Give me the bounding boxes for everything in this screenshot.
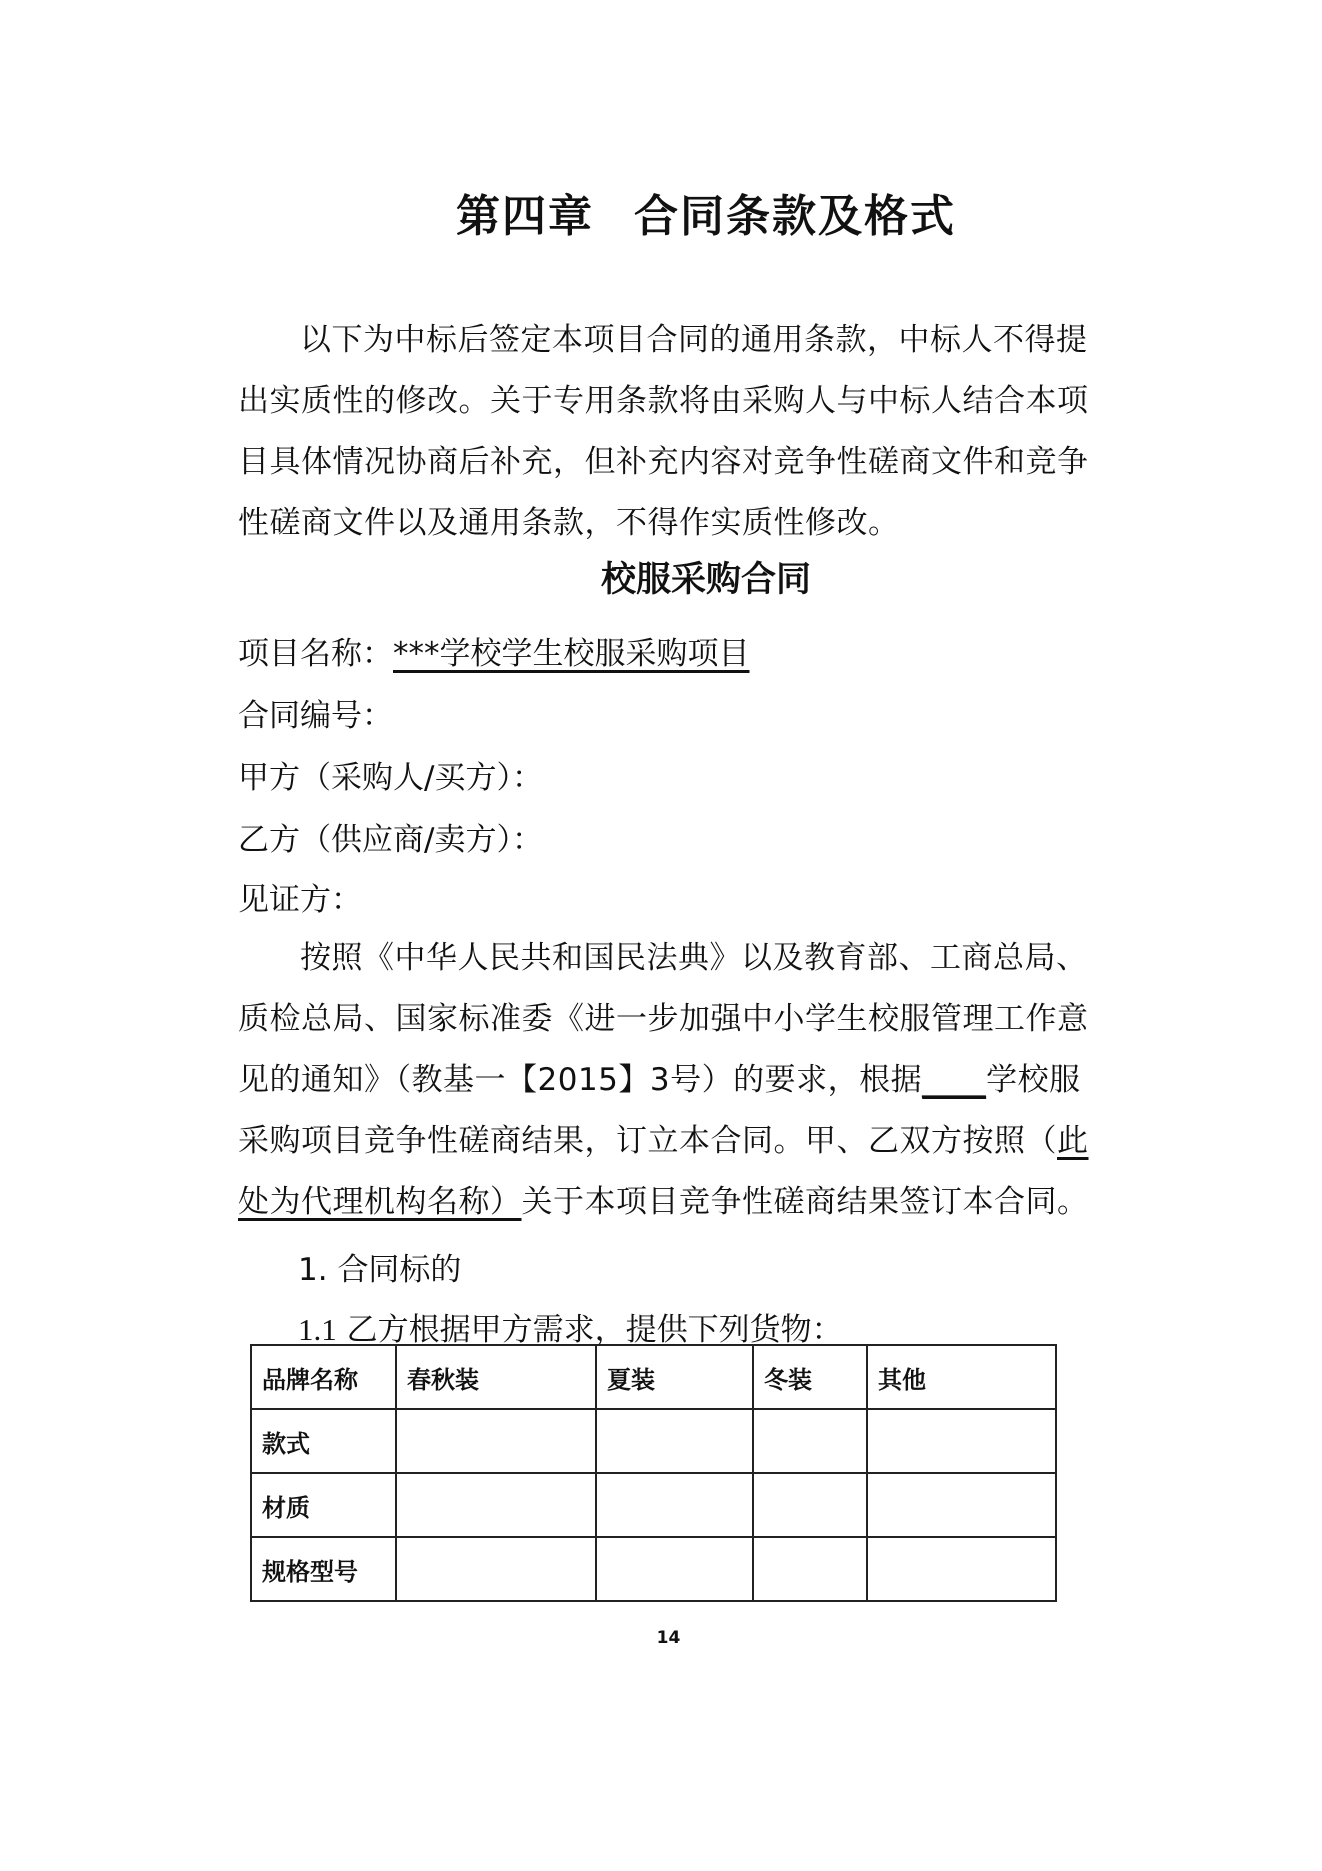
table-header-cell: 其他 (867, 1345, 1056, 1409)
field-party-b: 乙方（供应商/卖方）： (238, 814, 543, 859)
section-title: 乙方根据甲方需求，提供下列货物： (347, 1312, 843, 1348)
intro-paragraph: 以下为中标后签定本项目合同的通用条款，中标人不得提出实质性的修改。关于专用条款将… (238, 310, 1110, 554)
table-header-cell: 春秋装 (396, 1345, 596, 1409)
table-row: 规格型号 (251, 1537, 1056, 1601)
section-1-1-heading: 1.1 乙方根据甲方需求，提供下列货物： (298, 1304, 843, 1349)
row-label: 款式 (251, 1409, 396, 1473)
project-name-value: ***学校学生校服采购项目 (393, 636, 750, 672)
table-cell (396, 1409, 596, 1473)
table-cell (753, 1537, 867, 1601)
table-header-cell: 冬装 (753, 1345, 867, 1409)
table-cell (753, 1473, 867, 1537)
goods-table: 品牌名称 春秋装 夏装 冬装 其他 款式 材质 规格型号 (250, 1344, 1057, 1602)
table-cell (596, 1537, 753, 1601)
section-number: 1.1 (298, 1312, 337, 1347)
table-cell (867, 1409, 1056, 1473)
table-cell (596, 1409, 753, 1473)
row-label: 材质 (251, 1473, 396, 1537)
table-cell (867, 1473, 1056, 1537)
table-header-cell: 品牌名称 (251, 1345, 396, 1409)
field-project-name: 项目名称：***学校学生校服采购项目 (238, 628, 750, 673)
table-cell (396, 1537, 596, 1601)
field-label: 项目名称： (238, 636, 393, 672)
table-header-row: 品牌名称 春秋装 夏装 冬装 其他 (251, 1345, 1056, 1409)
school-name-blank: ____ (922, 1062, 986, 1098)
table-cell (753, 1409, 867, 1473)
table-cell (396, 1473, 596, 1537)
field-label: 见证方： (238, 882, 362, 918)
chapter-title: 第四章合同条款及格式 (0, 180, 1322, 244)
section-title: 合同标的 (337, 1252, 461, 1288)
section-number: 1. (298, 1252, 328, 1288)
field-party-a: 甲方（采购人/买方）： (238, 752, 543, 797)
field-label: 合同编号： (238, 698, 393, 734)
field-witness: 见证方： (238, 874, 362, 919)
field-label: 乙方（供应商/卖方）： (238, 822, 543, 858)
table-cell (867, 1537, 1056, 1601)
chapter-number: 第四章 (456, 191, 594, 242)
contract-title: 校服采购合同 (0, 552, 1322, 602)
field-label: 甲方（采购人/买方）： (238, 760, 543, 796)
table-row: 材质 (251, 1473, 1056, 1537)
body-text: 关于本项目竞争性磋商结果签订本合同。 (522, 1184, 1089, 1220)
chapter-heading: 合同条款及格式 (634, 191, 956, 242)
section-1-heading: 1. 合同标的 (298, 1244, 461, 1289)
page-number: 14 (0, 1628, 1322, 1648)
row-label: 规格型号 (251, 1537, 396, 1601)
field-contract-number: 合同编号： (238, 690, 393, 735)
table-header-cell: 夏装 (596, 1345, 753, 1409)
contract-body-paragraph: 按照《中华人民共和国民法典》以及教育部、工商总局、质检总局、国家标准委《进一步加… (238, 928, 1110, 1233)
table-row: 款式 (251, 1409, 1056, 1473)
table-cell (596, 1473, 753, 1537)
